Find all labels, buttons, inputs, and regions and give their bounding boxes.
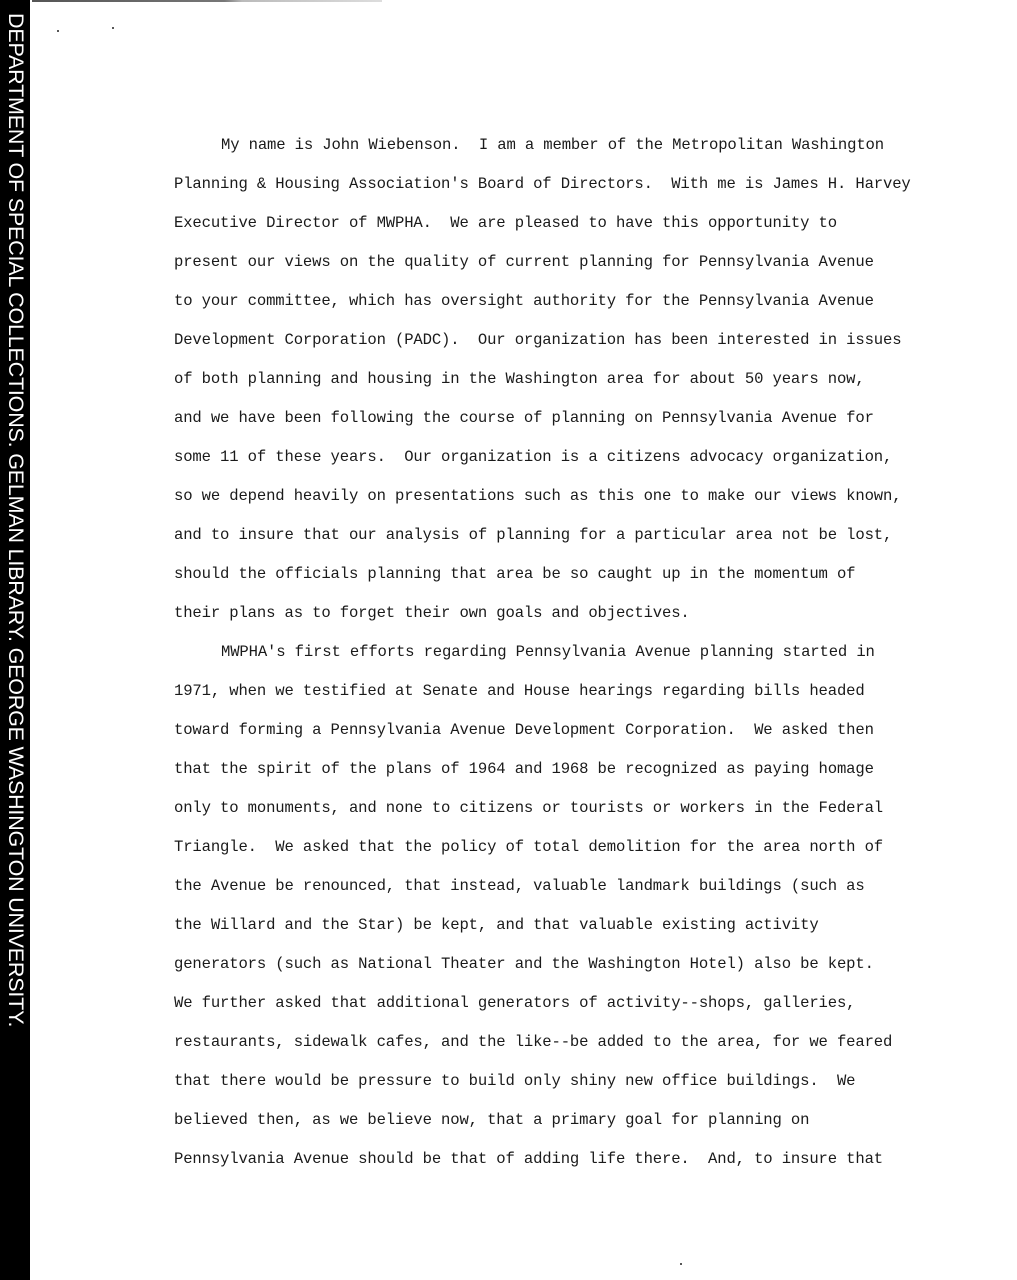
text-line: that the spirit of the plans of 1964 and… [174, 754, 974, 793]
text-line: generators (such as National Theater and… [174, 949, 974, 988]
text-line: to your committee, which has oversight a… [174, 286, 974, 325]
text-line: believed then, as we believe now, that a… [174, 1105, 974, 1144]
text-line: should the officials planning that area … [174, 559, 974, 598]
text-line: My name is John Wiebenson. I am a member… [174, 130, 974, 169]
text-line: and we have been following the course of… [174, 403, 974, 442]
paragraph-2: MWPHA's first efforts regarding Pennsylv… [174, 637, 974, 1183]
text-line: Executive Director of MWPHA. We are plea… [174, 208, 974, 247]
text-line: of both planning and housing in the Wash… [174, 364, 974, 403]
text-line: the Avenue be renounced, that instead, v… [174, 871, 974, 910]
text-line: Development Corporation (PADC). Our orga… [174, 325, 974, 364]
text-line: restaurants, sidewalk cafes, and the lik… [174, 1027, 974, 1066]
text-line: only to monuments, and none to citizens … [174, 793, 974, 832]
archive-sidebar: DEPARTMENT OF SPECIAL COLLECTIONS. GELMA… [0, 0, 30, 1280]
text-line: their plans as to forget their own goals… [174, 598, 974, 637]
text-line: Triangle. We asked that the policy of to… [174, 832, 974, 871]
text-line: Pennsylvania Avenue should be that of ad… [174, 1144, 974, 1183]
text-line: We further asked that additional generat… [174, 988, 974, 1027]
scan-speck [57, 30, 59, 32]
scan-speck [112, 27, 114, 29]
text-line: the Willard and the Star) be kept, and t… [174, 910, 974, 949]
text-line: some 11 of these years. Our organization… [174, 442, 974, 481]
paragraph-1: My name is John Wiebenson. I am a member… [174, 130, 974, 637]
text-line: present our views on the quality of curr… [174, 247, 974, 286]
text-line: 1971, when we testified at Senate and Ho… [174, 676, 974, 715]
text-line: that there would be pressure to build on… [174, 1066, 974, 1105]
text-line: MWPHA's first efforts regarding Pennsylv… [174, 637, 974, 676]
text-line: and to insure that our analysis of plann… [174, 520, 974, 559]
scan-edge-rule [32, 0, 382, 2]
scan-speck [680, 1263, 682, 1265]
text-line: so we depend heavily on presentations su… [174, 481, 974, 520]
text-line: Planning & Housing Association's Board o… [174, 169, 974, 208]
typewritten-page: My name is John Wiebenson. I am a member… [174, 130, 974, 1183]
text-line: toward forming a Pennsylvania Avenue Dev… [174, 715, 974, 754]
archive-credit-text: DEPARTMENT OF SPECIAL COLLECTIONS. GELMA… [4, 13, 26, 1027]
